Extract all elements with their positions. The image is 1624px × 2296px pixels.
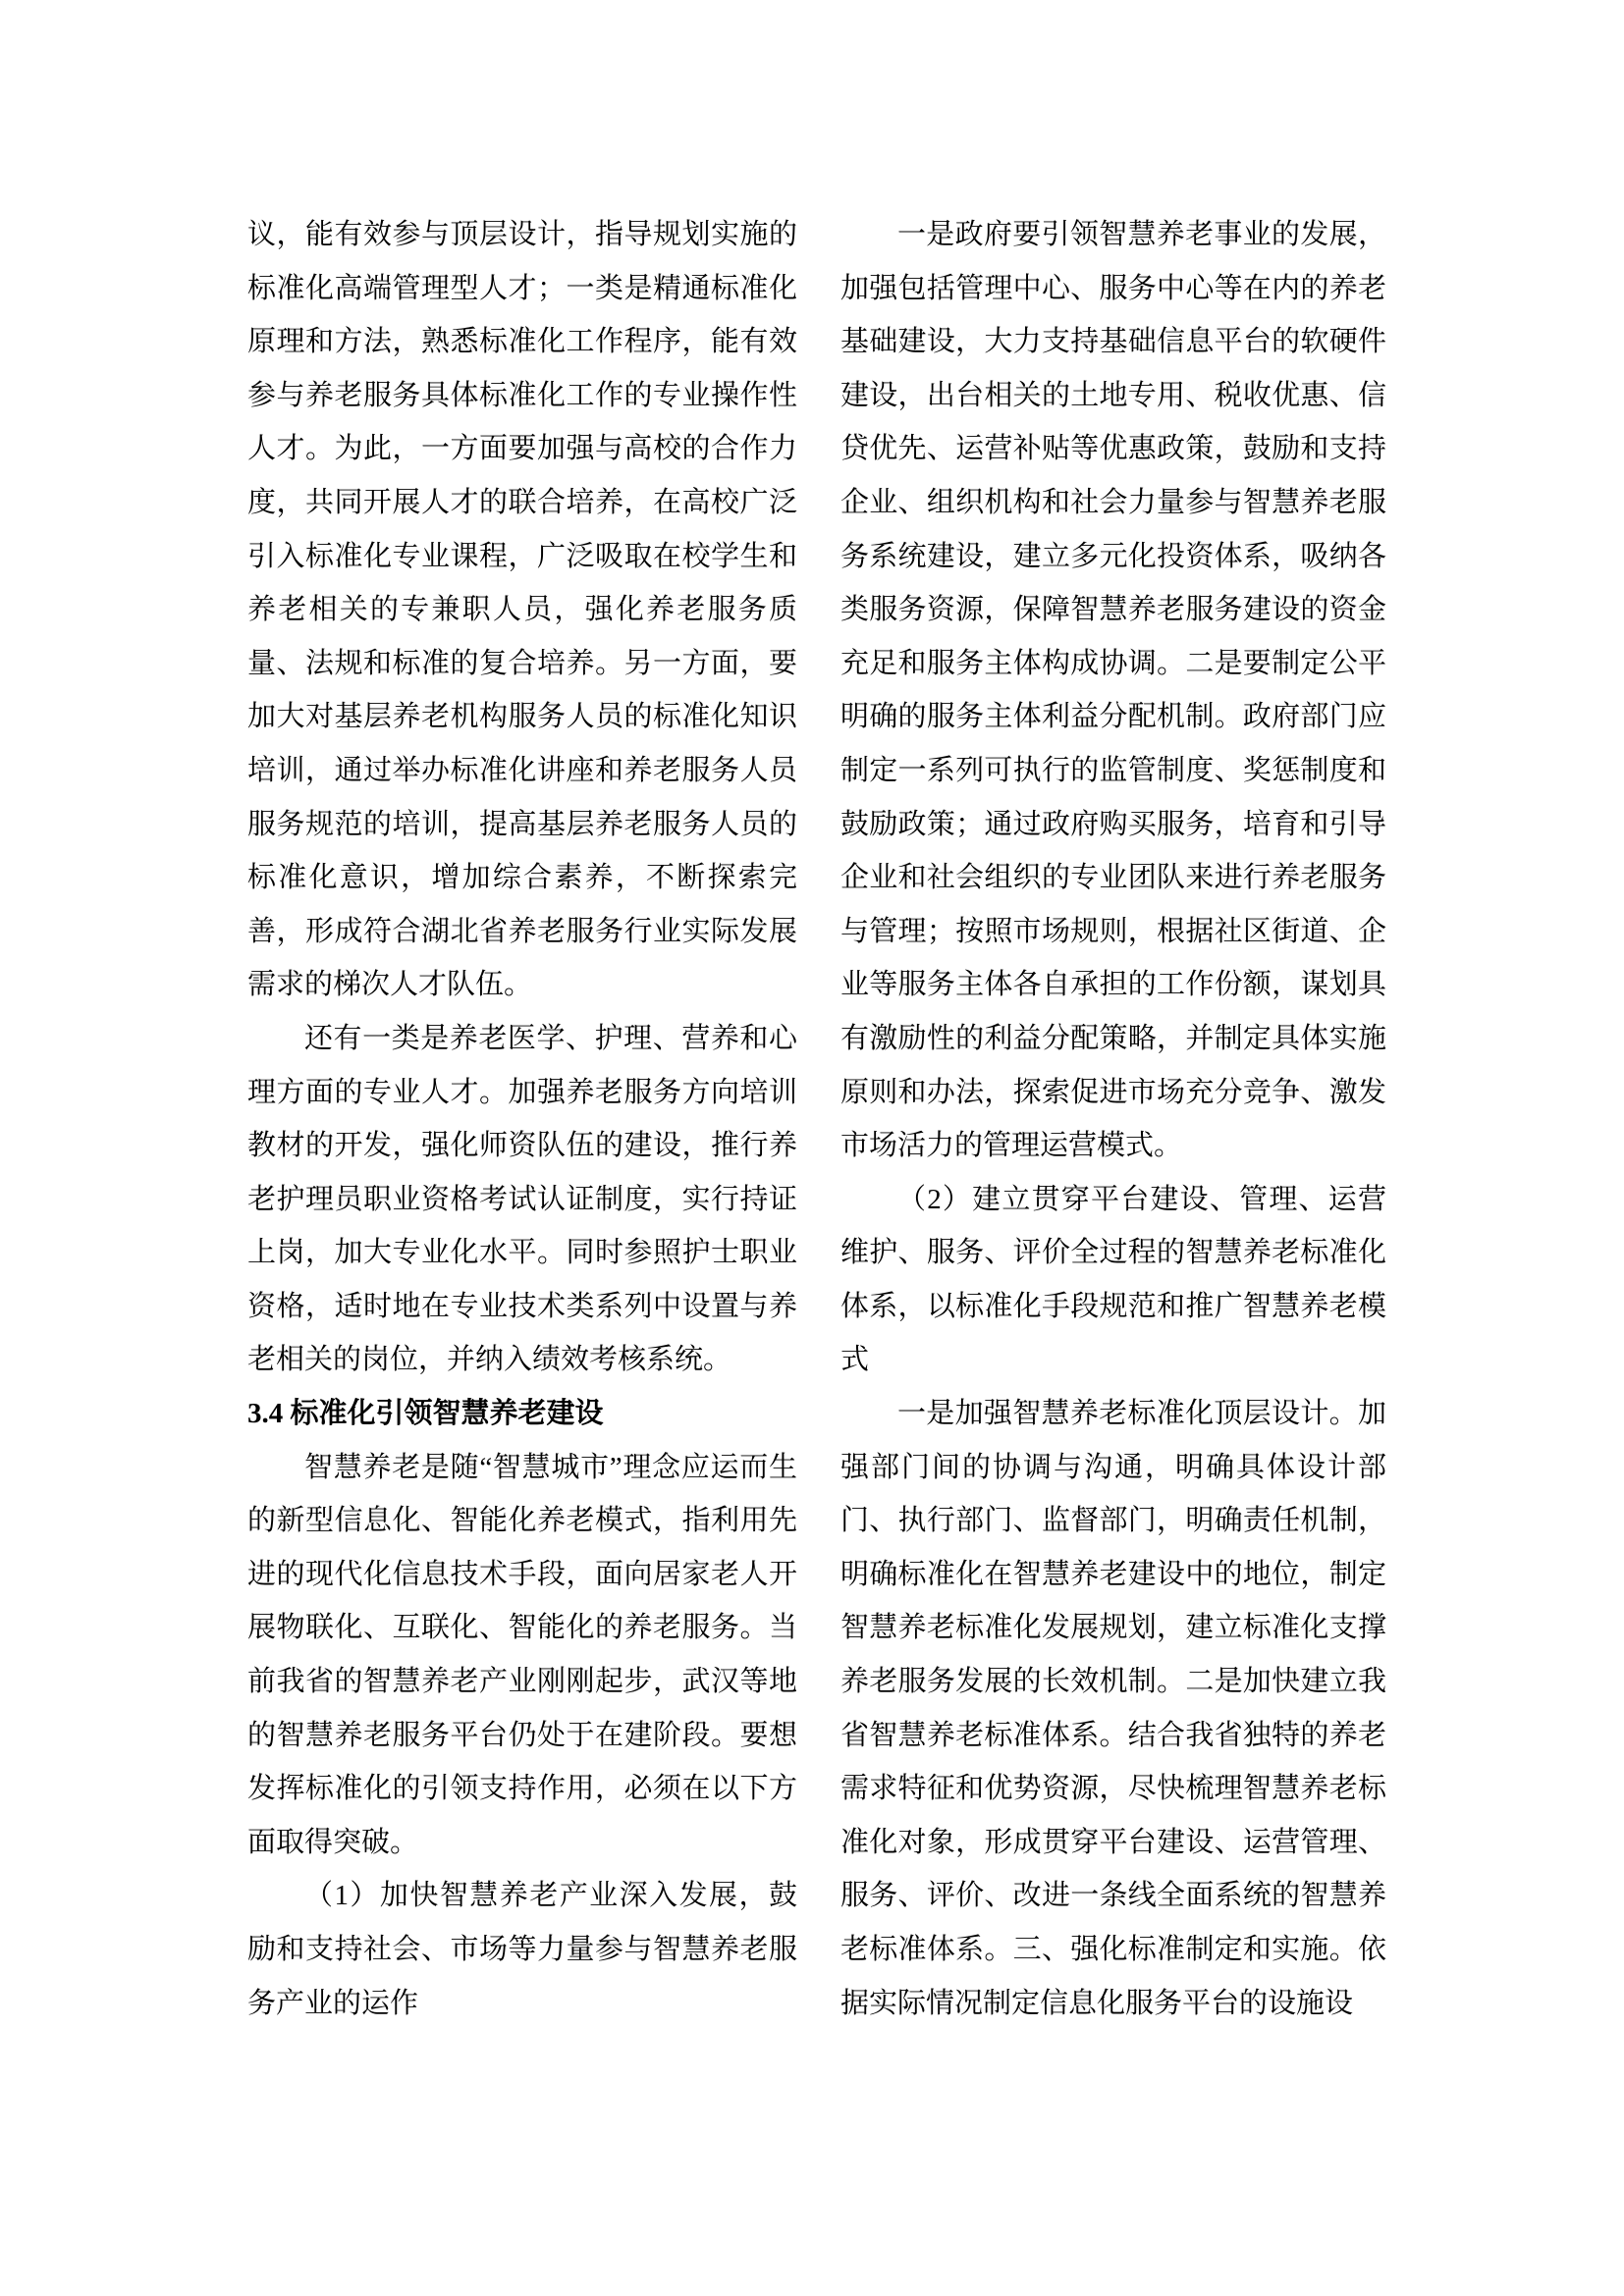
paragraph-point-1: （1）加快智慧养老产业深入发展，鼓励和支持社会、市场等力量参与智慧养老服务产业的… <box>247 1869 797 2030</box>
document-page: 议，能有效参与顶层设计，指导规划实施的标准化高端管理型人才；一类是精通标准化原理… <box>0 0 1624 2296</box>
right-column: 一是政府要引领智慧养老事业的发展，加强包括管理中心、服务中心等在内的养老基础建设… <box>840 208 1386 2030</box>
paragraph-point-2-detail: 一是加强智慧养老标准化顶层设计。加强部门间的协调与沟通，明确具体设计部门、执行部… <box>840 1387 1386 2030</box>
paragraph-talent-types: 还有一类是养老医学、护理、营养和心理方面的专业人才。加强养老服务方向培训教材的开… <box>247 1012 797 1387</box>
paragraph-point-2: （2）建立贯穿平台建设、管理、运营维护、服务、评价全过程的智慧养老标准化体系，以… <box>840 1173 1386 1387</box>
paragraph-point-1-detail: 一是政府要引领智慧养老事业的发展，加强包括管理中心、服务中心等在内的养老基础建设… <box>840 208 1386 1173</box>
paragraph-continuation: 议，能有效参与顶层设计，指导规划实施的标准化高端管理型人才；一类是精通标准化原理… <box>247 208 797 1012</box>
paragraph-smart-aging-intro: 智慧养老是随“智慧城市”理念应运而生的新型信息化、智能化养老模式，指利用先进的现… <box>247 1441 797 1870</box>
section-heading-3-4: 3.4 标准化引领智慧养老建设 <box>247 1387 797 1441</box>
left-column: 议，能有效参与顶层设计，指导规划实施的标准化高端管理型人才；一类是精通标准化原理… <box>247 208 797 2030</box>
